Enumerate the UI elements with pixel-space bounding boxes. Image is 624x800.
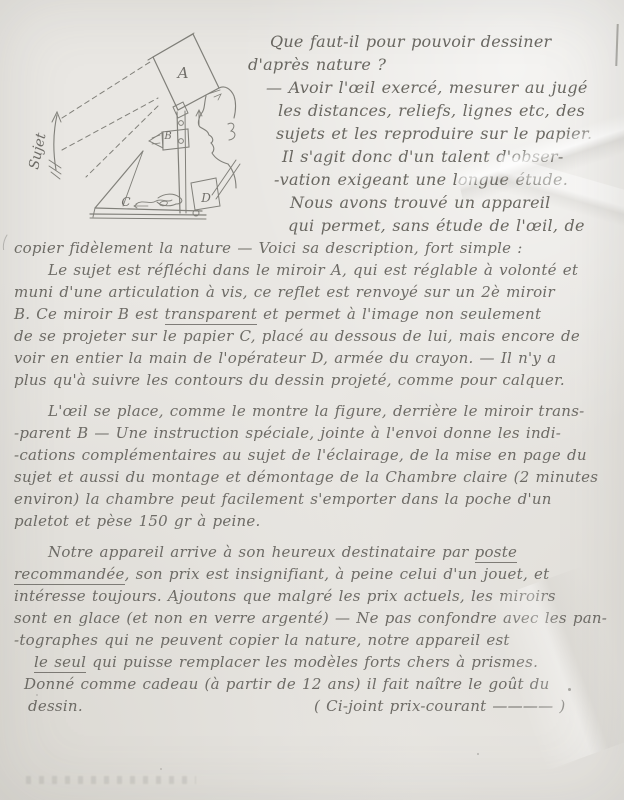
underlined-text: transparent xyxy=(165,305,258,325)
drawing-board xyxy=(90,151,206,219)
text-line: Nous avons trouvé un appareil xyxy=(290,191,596,214)
faint-smudge xyxy=(26,776,196,784)
mirror-b-label: B xyxy=(163,131,171,142)
paper-c-label: C xyxy=(121,195,130,209)
description-paragraph: copier fidèlement la nature — Voici sa d… xyxy=(14,237,610,391)
scanned-handwritten-letter: A B xyxy=(0,0,624,800)
text-line: intéresse toujours. Ajoutons que malgré … xyxy=(14,585,610,607)
text-line: de se projeter sur le papier C, placé au… xyxy=(14,325,610,347)
text-line: sujets et les reproduire sur le papier. xyxy=(276,122,596,145)
text-line: L'œil se place, comme le montre la figur… xyxy=(48,400,610,422)
ink-speck xyxy=(160,768,162,770)
hand-d-label: D xyxy=(200,191,211,205)
text-line: muni d'une articulation à vis, ce reflet… xyxy=(14,281,610,303)
line-segment: , son prix est insignifiant, à peine cel… xyxy=(125,565,550,583)
text-line: les distances, reliefs, lignes etc, des xyxy=(278,99,596,122)
text-line: sujet et aussi du montage et démontage d… xyxy=(14,466,610,488)
text-line: d'après nature ? xyxy=(248,53,596,76)
ink-speck xyxy=(477,753,479,755)
subject-arrow xyxy=(49,112,61,179)
usage-paragraph: L'œil se place, comme le montre la figur… xyxy=(14,400,610,532)
camera-lucida-diagram: A B xyxy=(0,0,250,250)
text-line: -vation exigeant une longue étude. xyxy=(274,168,596,191)
letter-body: copier fidèlement la nature — Voici sa d… xyxy=(14,237,610,717)
mirror-a-label: A xyxy=(176,64,189,82)
intro-paragraph: Que faut-il pour pouvoir dessiner d'aprè… xyxy=(246,30,596,237)
text-line: B. Ce miroir B est transparent et permet… xyxy=(14,303,610,325)
text-line: qui permet, sans étude de l'œil, de xyxy=(288,214,596,237)
underlined-text: poste xyxy=(475,543,518,563)
text-line: voir en entier la main de l'opérateur D,… xyxy=(14,347,610,369)
line-segment: dessin. xyxy=(28,697,83,715)
text-line: Le sujet est réfléchi dans le miroir A, … xyxy=(48,259,610,281)
enclosure-note: ( Ci-joint prix-courant ———— ) xyxy=(314,695,566,717)
text-line: -cations complémentaires au sujet de l'é… xyxy=(14,444,610,466)
text-line: sont en glace (et non en verre argenté) … xyxy=(14,607,610,629)
text-line: dessin.( Ci-joint prix-courant ———— ) xyxy=(14,695,610,717)
ink-speck xyxy=(568,688,571,691)
text-line: Il s'agit donc d'un talent d'obser- xyxy=(282,145,596,168)
underlined-text: le seul xyxy=(34,653,86,673)
text-line: -tographes qui ne peuvent copier la natu… xyxy=(14,629,610,651)
ink-speck xyxy=(36,694,38,696)
text-line: le seul qui puisse remplacer les modèles… xyxy=(34,651,610,673)
line-segment: qui puisse remplacer les modèles forts c… xyxy=(86,653,538,671)
text-line: -parent B — Une instruction spéciale, jo… xyxy=(14,422,610,444)
underlined-text: recommandée xyxy=(14,565,125,585)
subject-label: Sujet xyxy=(26,131,49,171)
sales-paragraph: Notre appareil arrive à son heureux dest… xyxy=(14,541,610,717)
text-line: Que faut-il pour pouvoir dessiner xyxy=(270,30,596,53)
text-line: Notre appareil arrive à son heureux dest… xyxy=(48,541,610,563)
line-segment: B. Ce miroir B est xyxy=(14,305,165,323)
text-line: Donné comme cadeau (à partir de 12 ans) … xyxy=(24,673,610,695)
operator-head xyxy=(196,87,236,188)
line-segment: et permet à l'image non seulement xyxy=(257,305,541,323)
text-line: copier fidèlement la nature — Voici sa d… xyxy=(14,237,610,259)
text-line: recommandée, son prix est insignifiant, … xyxy=(14,563,610,585)
support-post xyxy=(177,111,186,213)
text-line: environ) la chambre peut facilement s'em… xyxy=(14,488,610,510)
pencil-edge-mark xyxy=(615,24,618,66)
line-segment: Notre appareil arrive à son heureux dest… xyxy=(48,543,475,561)
hand-and-pencil xyxy=(157,160,240,216)
sight-lines xyxy=(62,62,158,177)
stray-mark xyxy=(3,235,8,250)
text-line: — Avoir l'œil exercé, mesurer au jugé xyxy=(266,76,596,99)
text-line: paletot et pèse 150 gr à peine. xyxy=(14,510,610,532)
text-line: plus qu'à suivre les contours du dessin … xyxy=(14,369,610,391)
